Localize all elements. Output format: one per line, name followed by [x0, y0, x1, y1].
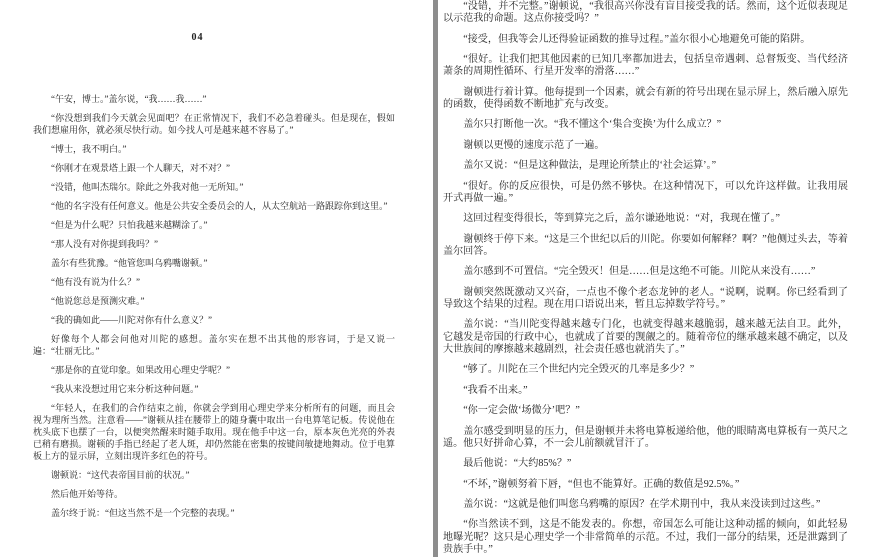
paragraph: 谢顿终于停下来。“这是三个世纪以后的川陀。你要如何解释？啊？”他侧过头去，等着盖…	[443, 234, 848, 258]
paragraph: “没错，并不完整。”谢顿说，“我很高兴你没有盲目接受我的话。然而，这个近似表现足…	[443, 1, 848, 25]
paragraph: 盖尔只打断他一次。“我不懂这个‘集合变换’为什么成立？”	[443, 119, 848, 131]
paragraph: 最后他说：“大约85%？”	[443, 458, 848, 470]
paragraph: “你刚才在观景塔上跟一个人聊天，对不对？”	[33, 162, 395, 174]
paragraph: “没错，他叫杰瑞尔。除此之外我对他一无所知。”	[33, 181, 395, 193]
paragraph: “你一定会做‘场微分’吧？”	[443, 405, 848, 417]
paragraph: “很好。你的反应很快，可是仍然不够快。在这种情况下，可以允许这样做。让我用展开式…	[443, 181, 848, 205]
paragraph: “你没想到我们今天就会见面吧？在正常情况下，我们不必急着碰头。但是现在，假如我们…	[33, 112, 395, 136]
page-right-body: “没错，并不完整。”谢顿说，“我很高兴你没有盲目接受我的话。然而，这个近似表现足…	[443, 1, 848, 557]
paragraph: “年轻人，在我们的合作结束之前，你就会学到用心理史学来分析所有的问题，而且会视为…	[33, 402, 395, 462]
paragraph: 好像每个人都会问他对川陀的感想。盖尔实在想不出其他的形容词，于是又说一遍：“壮丽…	[33, 333, 395, 357]
paragraph: “博士，我不明白。”	[33, 143, 395, 155]
page-right: “没错，并不完整。”谢顿说，“我很高兴你没有盲目接受我的话。然而，这个近似表现足…	[438, 0, 873, 557]
page-number: 04	[0, 32, 395, 43]
paragraph: 盖尔感到不可置信。“完全毁灭！但是……但是这绝不可能。川陀从来没有……”	[443, 266, 848, 278]
paragraph: 谢顿进行着计算。他每提到一个因素，就会有新的符号出现在显示屏上，然后融入原先的函…	[443, 87, 848, 111]
paragraph: 盖尔感受到明显的压力，但是谢顿并未将电算板递给他，他的眼睛离电算板有一英尺之遥。…	[443, 426, 848, 450]
paragraph: “我的确如此——川陀对你有什么意义？”	[33, 314, 395, 326]
paragraph: 谢顿突然既激动又兴奋，一点也不像个老态龙钟的老人。“说啊，说啊。你已经看到了导致…	[443, 287, 848, 311]
paragraph: “他有没有说为什么？”	[33, 276, 395, 288]
paragraph: 盖尔又说：“但是这种做法，是理论所禁止的‘社会运算’。”	[443, 160, 848, 172]
paragraph: 盖尔说：“当川陀变得越来越专门化，也就变得越来越脆弱，越来越无法自卫。此外，它越…	[443, 319, 848, 355]
paragraph: “午安，博士。”盖尔说，“我……我……”	[33, 93, 395, 105]
paragraph: 然后他开始等待。	[33, 488, 395, 500]
paragraph: “那是你的直觉印象。如果改用心理史学呢？”	[33, 364, 395, 376]
paragraph: 盖尔说：“这就是他们叫您乌鸦嘴的原因？在学术期刊中，我从来没读到过这些。”	[443, 499, 848, 511]
book-spread: 04 “午安，博士。”盖尔说，“我……我……”“你没想到我们今天就会见面吧？在正…	[0, 0, 873, 557]
page-left: 04 “午安，博士。”盖尔说，“我……我……”“你没想到我们今天就会见面吧？在正…	[0, 0, 433, 557]
paragraph: 谢顿以更慢的速度示范了一遍。	[443, 140, 848, 152]
paragraph: “但是为什么呢？只怕我越来越糊涂了。”	[33, 219, 395, 231]
paragraph: “我从来没想过用它来分析这种问题。”	[33, 383, 395, 395]
paragraph: “接受，但我等会儿还得验证函数的推导过程。”盖尔很小心地避免可能的陷阱。	[443, 34, 848, 46]
paragraph: “我看不出来。”	[443, 385, 848, 397]
page-left-body: “午安，博士。”盖尔说，“我……我……”“你没想到我们今天就会见面吧？在正常情况…	[33, 93, 395, 526]
paragraph: “你当然读不到，这是不能发表的。你想，帝国怎么可能让这种动摇的倾向，如此轻易地曝…	[443, 519, 848, 555]
paragraph: “那人没有对你提到我吗？”	[33, 238, 395, 250]
paragraph: 谢顿说：“这代表帝国目前的状况。”	[33, 469, 395, 481]
paragraph: “不坏，”谢顿努着下唇，“但也不能算好。正确的数值是92.5%。”	[443, 479, 848, 491]
paragraph: “很好。让我们把其他因素的已知几率都加进去，包括皇帝遇刺、总督叛变、当代经济萧条…	[443, 54, 848, 78]
paragraph: “他说您总是预测灾难。”	[33, 295, 395, 307]
paragraph: 盖尔终于说：“但这当然不是一个完整的表现。”	[33, 507, 395, 519]
paragraph: 盖尔有些犹豫。“他管您叫乌鸦嘴谢顿。”	[33, 257, 395, 269]
paragraph: “他的名字没有任何意义。他是公共安全委员会的人，从太空航站一路跟踪你到这里。”	[33, 200, 395, 212]
paragraph: “够了。川陀在三个世纪内完全毁灭的几率是多少？”	[443, 364, 848, 376]
paragraph: 这回过程变得很长，等到算完之后，盖尔谦逊地说：“对，我现在懂了。”	[443, 213, 848, 225]
